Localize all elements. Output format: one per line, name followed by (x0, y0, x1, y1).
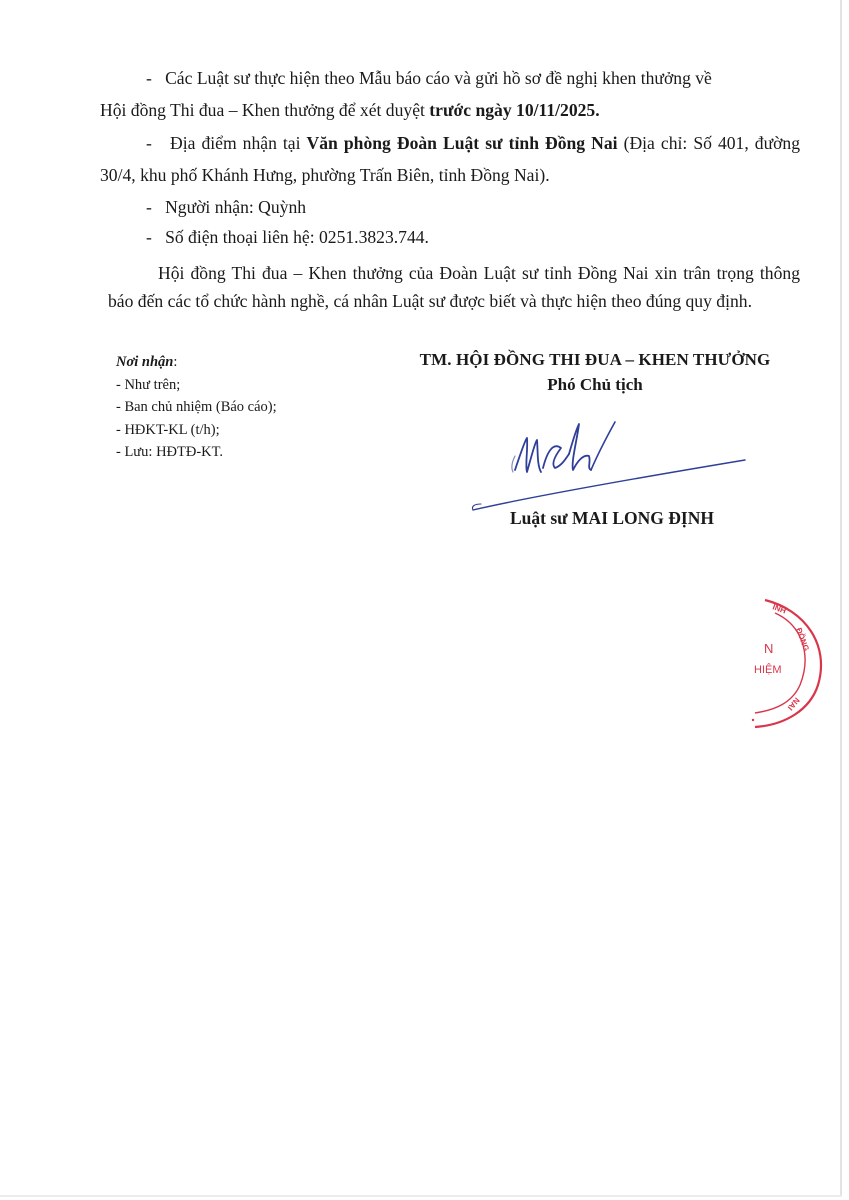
signature-block: TM. HỘI ĐỒNG THI ĐUA – KHEN THƯỞNG Phó C… (380, 347, 810, 397)
item-text-line2: Hội đồng Thi đua – Khen thưởng để xét du… (100, 100, 429, 120)
handwritten-signature-icon (465, 410, 765, 520)
recipient-item: - Như trên; (116, 374, 277, 397)
item-recipient-person: - Người nhận: Quỳnh (146, 191, 306, 223)
recipients-title-colon: : (173, 354, 177, 370)
item-text-line1: Các Luật sư thực hiện theo Mẫu báo cáo v… (165, 68, 712, 88)
item-bullet: - (146, 68, 152, 88)
item-submission-deadline: - Các Luật sư thực hiện theo Mẫu báo cáo… (108, 62, 798, 126)
recipients-title: Nơi nhận (116, 354, 173, 370)
svg-text:HIỆM: HIỆM (754, 663, 782, 676)
document-page: - Các Luật sư thực hiện theo Mẫu báo cáo… (0, 0, 849, 1200)
signer-name: Luật sư MAI LONG ĐỊNH (472, 508, 752, 529)
location-prefix: Địa điểm nhận tại (170, 133, 307, 153)
recipient-item: - Lưu: HĐTĐ-KT. (116, 441, 277, 464)
recipient-item: - Ban chủ nhiệm (Báo cáo); (116, 396, 277, 419)
recipient-person-text: Người nhận: Quỳnh (165, 197, 306, 217)
scan-bottom-edge (0, 1195, 842, 1197)
item-location: - Địa điểm nhận tại Văn phòng Đoàn Luật … (100, 127, 800, 191)
official-stamp-icon: INH ĐỒNG NAI N HIỆM (720, 585, 849, 735)
phone-text: Số điện thoại liên hệ: 0251.3823.744. (165, 227, 429, 247)
recipient-item: - HĐKT-KL (t/h); (116, 419, 277, 442)
item-bullet: - (146, 133, 152, 153)
svg-text:INH: INH (771, 602, 787, 615)
item-bullet: - (146, 227, 152, 247)
office-name: Văn phòng Đoàn Luật sư tỉnh Đồng Nai (307, 133, 618, 153)
item-bullet: - (146, 197, 152, 217)
recipients-block: Nơi nhận: - Như trên; - Ban chủ nhiệm (B… (116, 351, 277, 464)
item-phone: - Số điện thoại liên hệ: 0251.3823.744. (146, 221, 429, 253)
deadline-text: trước ngày 10/11/2025. (429, 100, 599, 120)
svg-text:N: N (764, 641, 773, 656)
svg-text:NAI: NAI (786, 696, 802, 712)
closing-paragraph: Hội đồng Thi đua – Khen thưởng của Đoàn … (108, 260, 800, 315)
signing-organization: TM. HỘI ĐỒNG THI ĐUA – KHEN THƯỞNG (380, 347, 810, 373)
signing-role: Phó Chủ tịch (380, 373, 810, 397)
